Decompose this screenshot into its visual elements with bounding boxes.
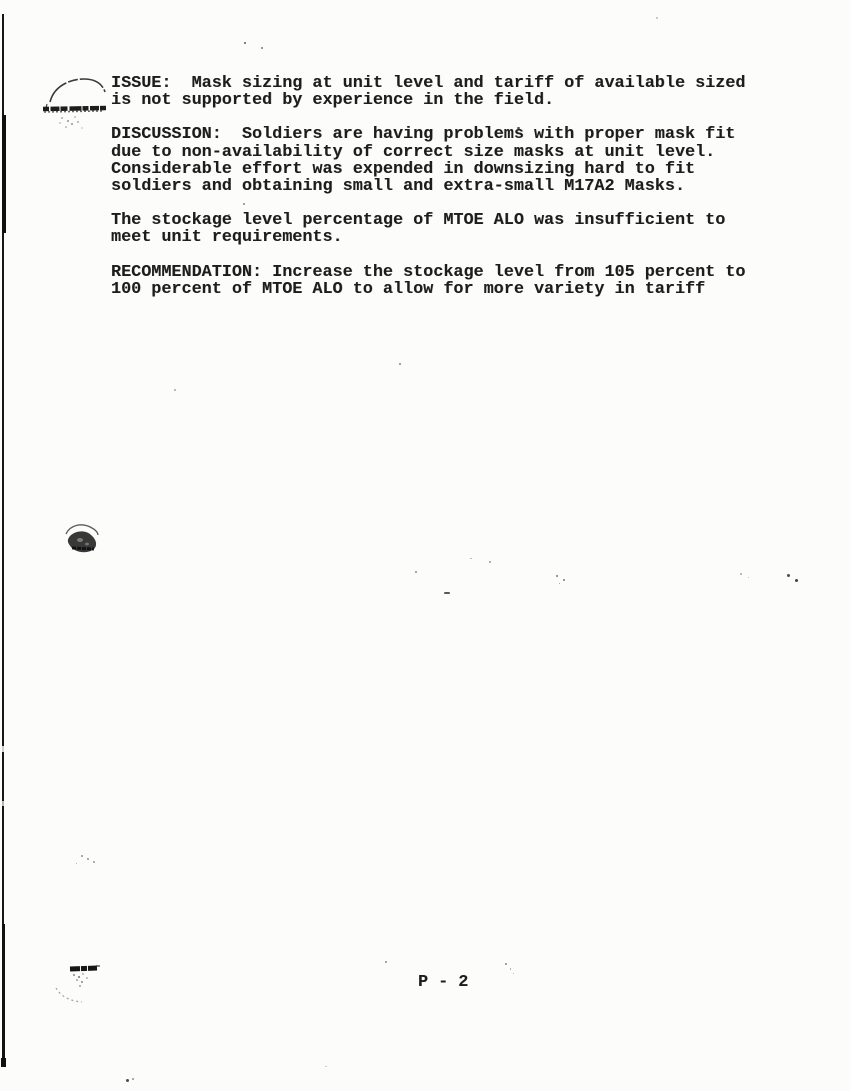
scan-speck — [243, 203, 245, 205]
scan-speck — [325, 1066, 327, 1067]
scan-speck — [76, 863, 77, 864]
scan-speck — [228, 214, 230, 216]
scan-speck — [261, 47, 263, 49]
scan-speck — [385, 961, 387, 963]
paragraph-recommendation: RECOMMENDATION: Increase the stockage le… — [111, 264, 745, 298]
scan-speck — [444, 592, 450, 594]
scan-smudge-middle-left — [60, 518, 104, 562]
scan-speck — [174, 389, 176, 391]
scan-edge-line-gap — [1, 801, 6, 806]
text-line: ISSUE: Mask sizing at unit level and tar… — [111, 75, 745, 92]
text-line: DISCUSSION: Soldiers are having problems… — [111, 126, 745, 143]
scan-speck — [126, 1079, 129, 1082]
document-text: ISSUE: Mask sizing at unit level and tar… — [111, 75, 745, 315]
scan-speck — [399, 363, 401, 365]
scan-speck — [513, 973, 514, 974]
scan-speck — [415, 571, 417, 573]
scan-smudge-top-left — [42, 76, 112, 132]
text-line: RECOMMENDATION: Increase the stockage le… — [111, 264, 745, 281]
scan-speck — [470, 558, 472, 559]
text-line: Considerable effort was expended in down… — [111, 161, 745, 178]
text-line: The stockage level percentage of MTOE AL… — [111, 212, 745, 229]
text-line: is not supported by experience in the fi… — [111, 92, 745, 109]
scan-speck — [244, 42, 246, 44]
text-line: 100 percent of MTOE ALO to allow for mor… — [111, 281, 745, 298]
scan-speck — [563, 579, 565, 581]
scan-speck — [656, 17, 658, 19]
scan-speck — [517, 127, 520, 129]
text-line: meet unit requirements. — [111, 229, 745, 246]
scan-speck — [787, 574, 790, 577]
scan-speck — [81, 855, 83, 857]
scan-edge-line-gap — [1, 746, 6, 752]
scan-speck — [556, 575, 558, 577]
scan-speck — [748, 577, 749, 578]
page-number: P - 2 — [418, 973, 468, 992]
paragraph-discussion: DISCUSSION: Soldiers are having problems… — [111, 126, 745, 195]
scan-speck — [93, 861, 95, 863]
paragraph-issue: ISSUE: Mask sizing at unit level and tar… — [111, 75, 745, 109]
scan-speck — [132, 1078, 134, 1080]
text-line: soldiers and obtaining small and extra-s… — [111, 178, 745, 195]
scan-speck — [505, 963, 507, 965]
scan-speck — [87, 858, 89, 860]
scan-edge-line-end-blob — [1, 1058, 6, 1067]
scan-speck — [795, 579, 798, 582]
paragraph-stockage: The stockage level percentage of MTOE AL… — [111, 212, 745, 246]
scanned-document-page: ISSUE: Mask sizing at unit level and tar… — [0, 0, 850, 1091]
text-line: due to non-availability of correct size … — [111, 144, 745, 161]
scan-speck — [740, 573, 742, 575]
scan-speck — [559, 583, 560, 584]
scan-edge-line-thick-segment — [2, 924, 5, 1067]
scan-speck — [510, 968, 511, 970]
scan-speck — [489, 561, 491, 563]
scan-smudge-bottom-left — [52, 960, 102, 1008]
scan-edge-line-thick-segment — [2, 115, 6, 233]
